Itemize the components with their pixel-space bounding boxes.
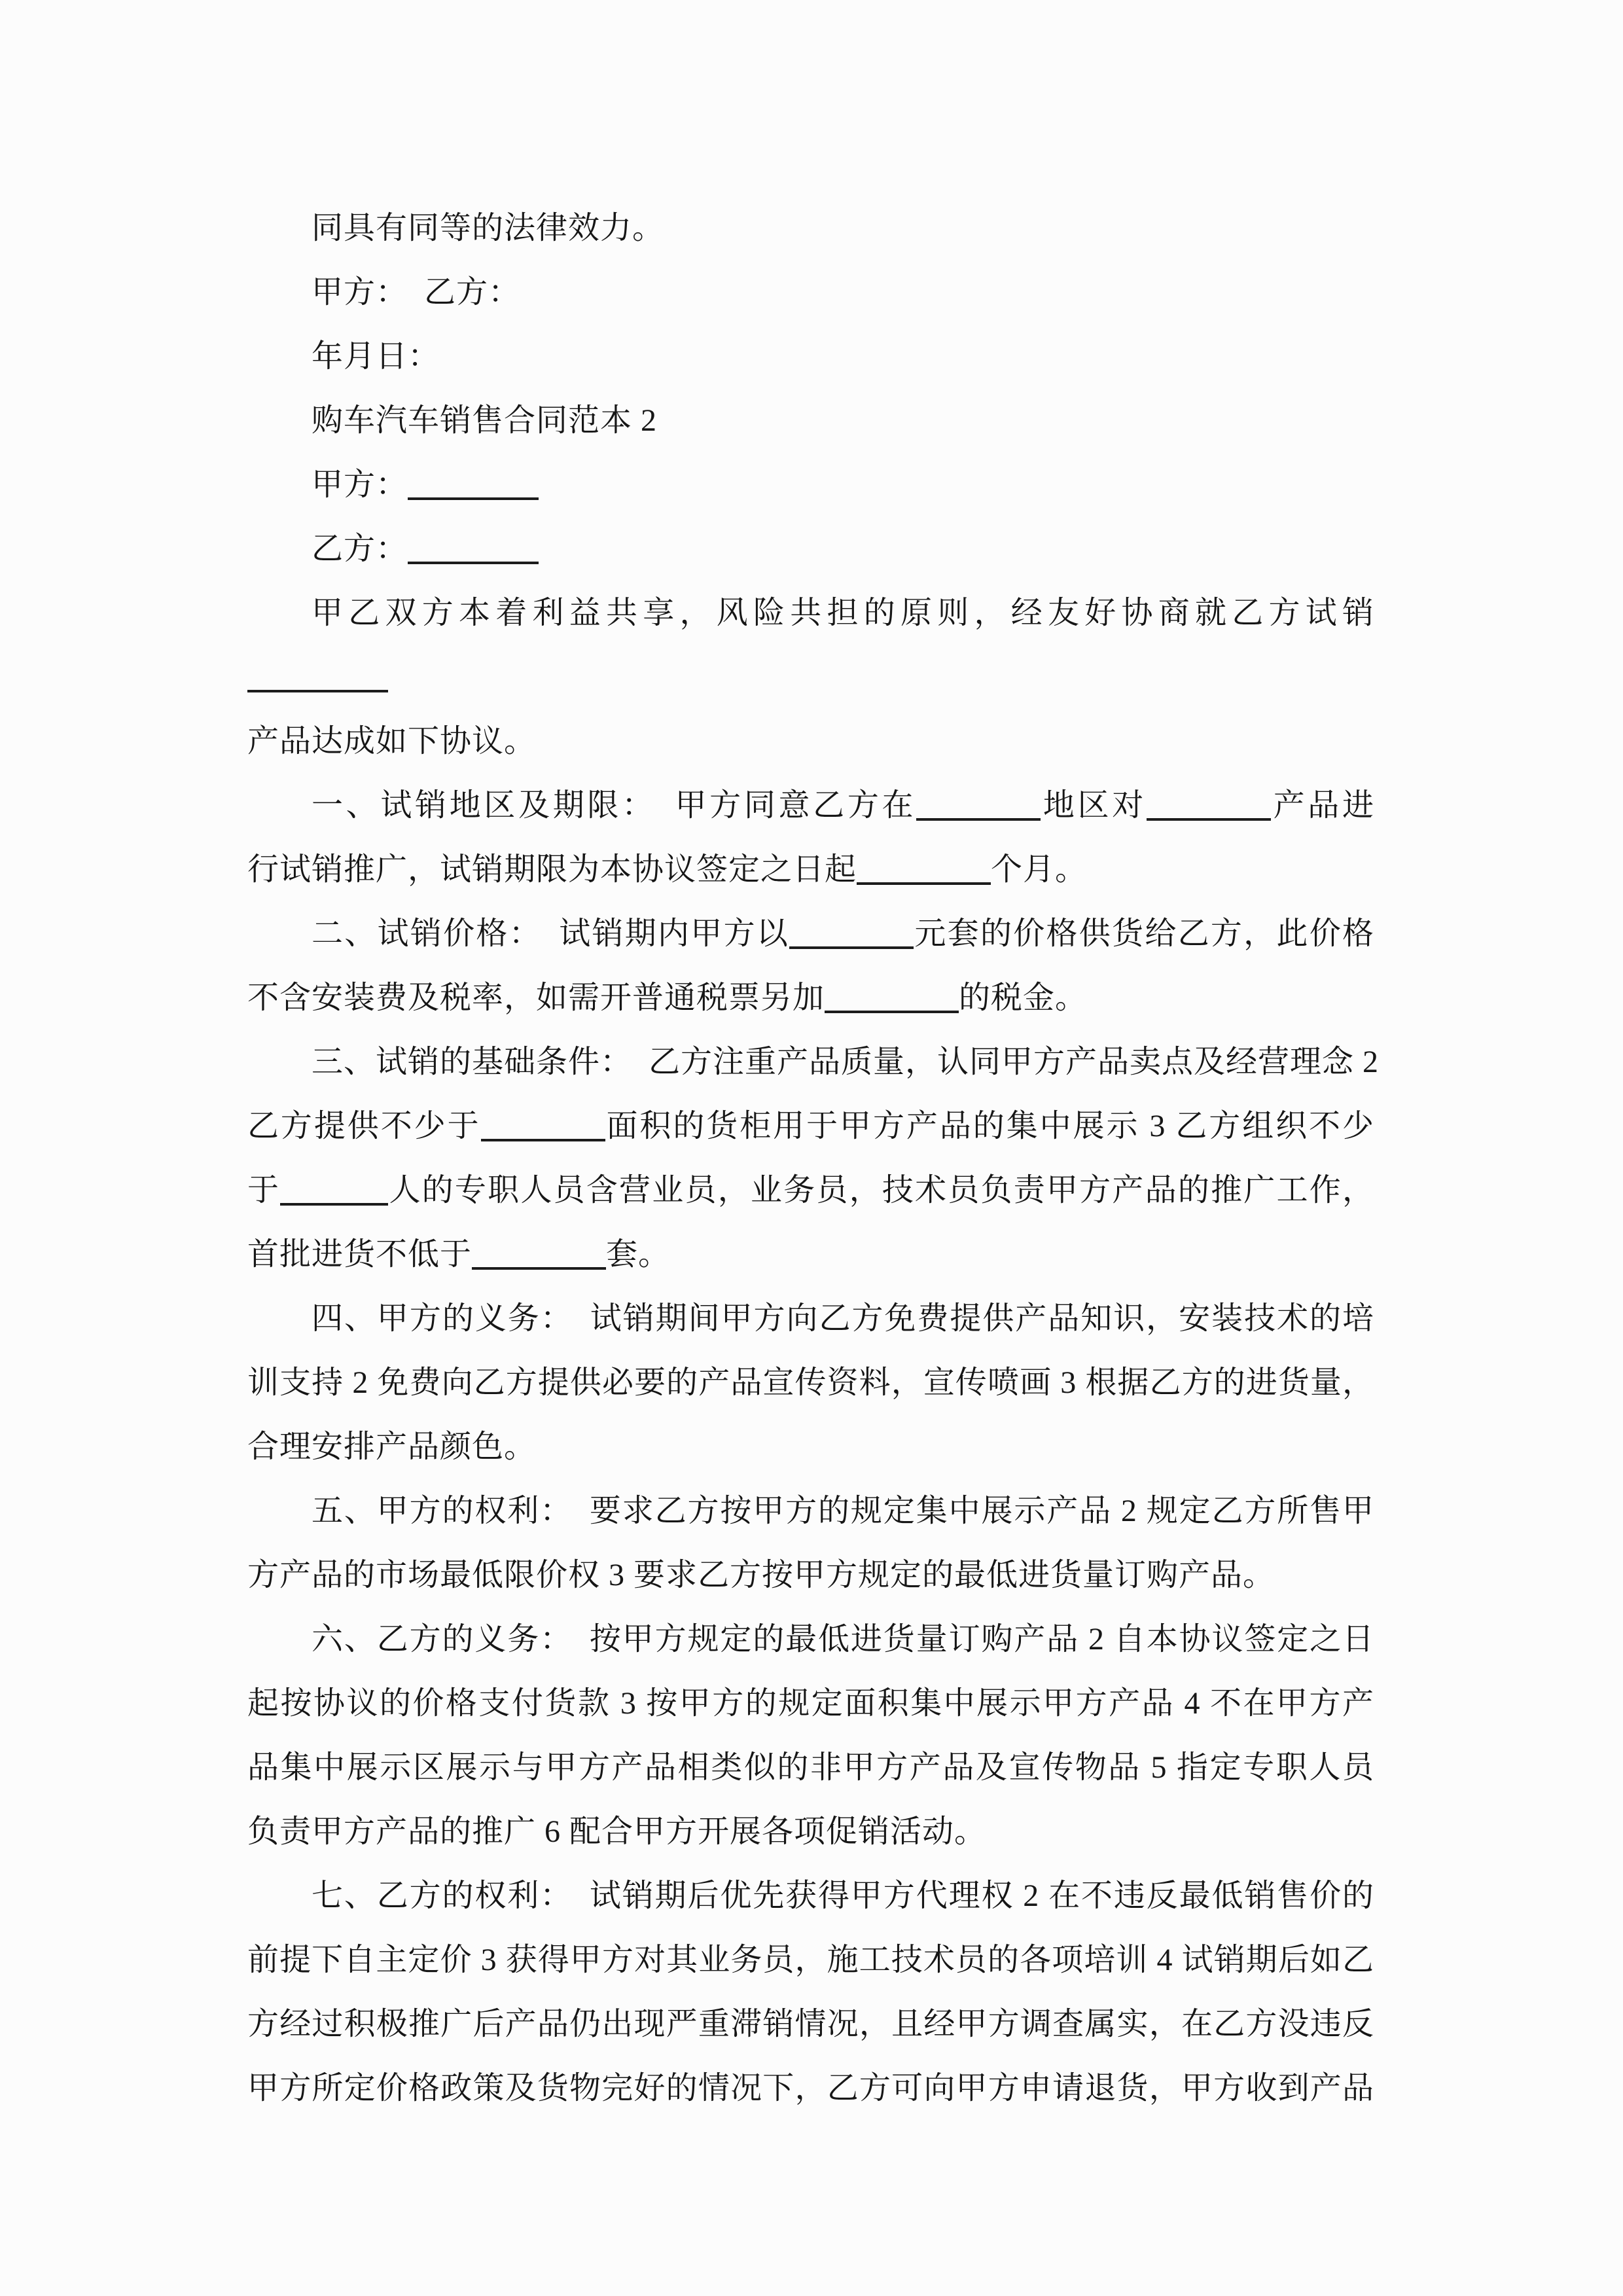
contract-document-page: 同具有同等的法律效力。甲方： 乙方：年月日：购车汽车销售合同范本 2甲方：乙方：…: [0, 0, 1623, 2296]
text-line-29: 甲方所定价格政策及货物完好的情况下，乙方可向甲方申请退货，甲方收到产品: [247, 2056, 1374, 2121]
text-run: 购车汽车销售合同范本 2: [312, 403, 657, 438]
text-run: 一、试销地区及期限： 甲方同意乙方在: [312, 788, 916, 823]
text-run: 品集中展示区展示与甲方产品相类似的非甲方产品及宣传物品 5 指定专职人员: [247, 1750, 1374, 1785]
text-line-23: 起按协议的价格支付货款 3 按甲方的规定面积集中展示甲方产品 4 不在甲方产: [247, 1672, 1374, 1736]
document-text-body: 同具有同等的法律效力。甲方： 乙方：年月日：购车汽车销售合同范本 2甲方：乙方：…: [247, 196, 1374, 2121]
text-run: 六、乙方的义务： 按甲方规定的最低进货量订购产品 2 自本协议签定之日: [312, 1622, 1374, 1657]
text-line-18: 训支持 2 免费向乙方提供必要的产品宣传资料，宣传喷画 3 根据乙方的进货量，: [247, 1351, 1374, 1415]
text-line-14: 乙方提供不少于面积的货柜用于甲方产品的集中展示 3 乙方组织不少: [247, 1094, 1374, 1158]
text-line-1: 同具有同等的法律效力。: [247, 196, 1374, 260]
text-run: 地区对: [1041, 788, 1147, 823]
text-line-9: 一、试销地区及期限： 甲方同意乙方在地区对产品进: [247, 774, 1374, 838]
text-run: 首批进货不低于: [247, 1237, 472, 1272]
text-run: 套。: [606, 1237, 670, 1272]
text-line-5: 甲方：: [247, 453, 1374, 517]
text-line-12: 不含安装费及税率，如需开普通税票另加的税金。: [247, 966, 1374, 1030]
fill-in-blank-line: [1147, 812, 1271, 821]
fill-in-blank-line: [789, 940, 914, 949]
text-line-20: 五、甲方的权利： 要求乙方按甲方的规定集中展示产品 2 规定乙方所售甲: [247, 1479, 1374, 1543]
text-run: 方经过积极推广后产品仍出现严重滞销情况，且经甲方调查属实，在乙方没违反: [247, 2007, 1374, 2041]
text-run: 起按协议的价格支付货款 3 按甲方的规定面积集中展示甲方产品 4 不在甲方产: [247, 1686, 1374, 1721]
text-run: 产品进: [1271, 788, 1374, 823]
text-run: 三、试销的基础条件： 乙方注重产品质量，认同甲方产品卖点及经营理念 2: [312, 1045, 1379, 1079]
text-run: 行试销推广，试销期限为本协议签定之日起: [247, 852, 857, 887]
text-line-21: 方产品的市场最低限价权 3 要求乙方按甲方规定的最低进货量订购产品。: [247, 1543, 1374, 1607]
fill-in-blank-line: [857, 876, 991, 885]
text-line-28: 方经过积极推广后产品仍出现严重滞销情况，且经甲方调查属实，在乙方没违反: [247, 1992, 1374, 2056]
fill-in-blank-line: [408, 491, 539, 500]
text-run: 产品达成如下协议。: [247, 724, 536, 759]
text-run: 年月日：: [312, 339, 440, 374]
fill-in-blank-line: [472, 1261, 606, 1270]
text-line-24: 品集中展示区展示与甲方产品相类似的非甲方产品及宣传物品 5 指定专职人员: [247, 1736, 1374, 1800]
text-line-10: 行试销推广，试销期限为本协议签定之日起个月。: [247, 838, 1374, 902]
text-run: 五、甲方的权利： 要求乙方按甲方的规定集中展示产品 2 规定乙方所售甲: [312, 1494, 1374, 1528]
fill-in-blank-line: [825, 1004, 959, 1013]
text-line-16: 首批进货不低于套。: [247, 1223, 1374, 1287]
text-run: 负责甲方产品的推广 6 配合甲方开展各项促销活动。: [247, 1814, 986, 1849]
text-line-27: 前提下自主定价 3 获得甲方对其业务员，施工技术员的各项培训 4 试销期后如乙: [247, 1928, 1374, 1992]
text-run: 不含安装费及税率，如需开普通税票另加: [247, 980, 825, 1015]
text-run: 甲方：: [312, 467, 408, 502]
fill-in-blank-line: [916, 812, 1041, 821]
fill-in-blank-line: [247, 683, 388, 692]
fill-in-blank-line: [481, 1132, 605, 1141]
text-line-6: 乙方：: [247, 517, 1374, 581]
text-line-3: 年月日：: [247, 325, 1374, 389]
text-run: 二、试销价格： 试销期内甲方以: [312, 916, 789, 951]
text-line-22: 六、乙方的义务： 按甲方规定的最低进货量订购产品 2 自本协议签定之日: [247, 1607, 1374, 1672]
text-run: 前提下自主定价 3 获得甲方对其业务员，施工技术员的各项培训 4 试销期后如乙: [247, 1943, 1374, 1977]
text-run: 训支持 2 免费向乙方提供必要的产品宣传资料，宣传喷画 3 根据乙方的进货量，: [247, 1365, 1374, 1400]
text-run: 方产品的市场最低限价权 3 要求乙方按甲方规定的最低进货量订购产品。: [247, 1558, 1275, 1592]
text-run: 人的专职人员含营业员，业务员，技术员负责甲方产品的推广工作，: [388, 1173, 1374, 1208]
text-line-25: 负责甲方产品的推广 6 配合甲方开展各项促销活动。: [247, 1800, 1374, 1864]
text-line-8: 产品达成如下协议。: [247, 709, 1374, 774]
text-run: 合理安排产品颜色。: [247, 1429, 536, 1464]
fill-in-blank-line: [280, 1196, 388, 1206]
text-line-17: 四、甲方的义务： 试销期间甲方向乙方免费提供产品知识，安装技术的培: [247, 1287, 1374, 1351]
text-line-4: 购车汽车销售合同范本 2: [247, 389, 1374, 453]
text-line-11: 二、试销价格： 试销期内甲方以元套的价格供货给乙方，此价格: [247, 902, 1374, 966]
text-line-2: 甲方： 乙方：: [247, 260, 1374, 325]
text-line-15: 于人的专职人员含营业员，业务员，技术员负责甲方产品的推广工作，: [247, 1158, 1374, 1223]
text-run: 四、甲方的义务： 试销期间甲方向乙方免费提供产品知识，安装技术的培: [312, 1301, 1374, 1336]
text-run: 元套的价格供货给乙方，此价格: [914, 916, 1374, 951]
text-run: 甲乙双方本着利益共享，风险共担的原则，经友好协商就乙方试销: [312, 596, 1374, 630]
text-line-26: 七、乙方的权利： 试销期后优先获得甲方代理权 2 在不违反最低销售价的: [247, 1864, 1374, 1928]
text-run: 乙方提供不少于: [247, 1109, 481, 1143]
text-run: 甲方： 乙方：: [312, 275, 520, 310]
text-run: 七、乙方的权利： 试销期后优先获得甲方代理权 2 在不违反最低销售价的: [312, 1878, 1374, 1913]
text-run: 于: [247, 1173, 280, 1208]
fill-in-blank-line: [408, 555, 539, 564]
text-line-13: 三、试销的基础条件： 乙方注重产品质量，认同甲方产品卖点及经营理念 2: [247, 1030, 1374, 1094]
text-run: 个月。: [991, 852, 1087, 887]
text-line-19: 合理安排产品颜色。: [247, 1415, 1374, 1479]
text-run: 乙方：: [312, 531, 408, 566]
text-run: 的税金。: [959, 980, 1087, 1015]
text-run: 同具有同等的法律效力。: [312, 211, 664, 245]
text-run: 甲方所定价格政策及货物完好的情况下，乙方可向甲方申请退货，甲方收到产品: [247, 2071, 1374, 2106]
text-run: 面积的货柜用于甲方产品的集中展示 3 乙方组织不少: [605, 1109, 1374, 1143]
text-line-7: 甲乙双方本着利益共享，风险共担的原则，经友好协商就乙方试销: [247, 581, 1374, 709]
